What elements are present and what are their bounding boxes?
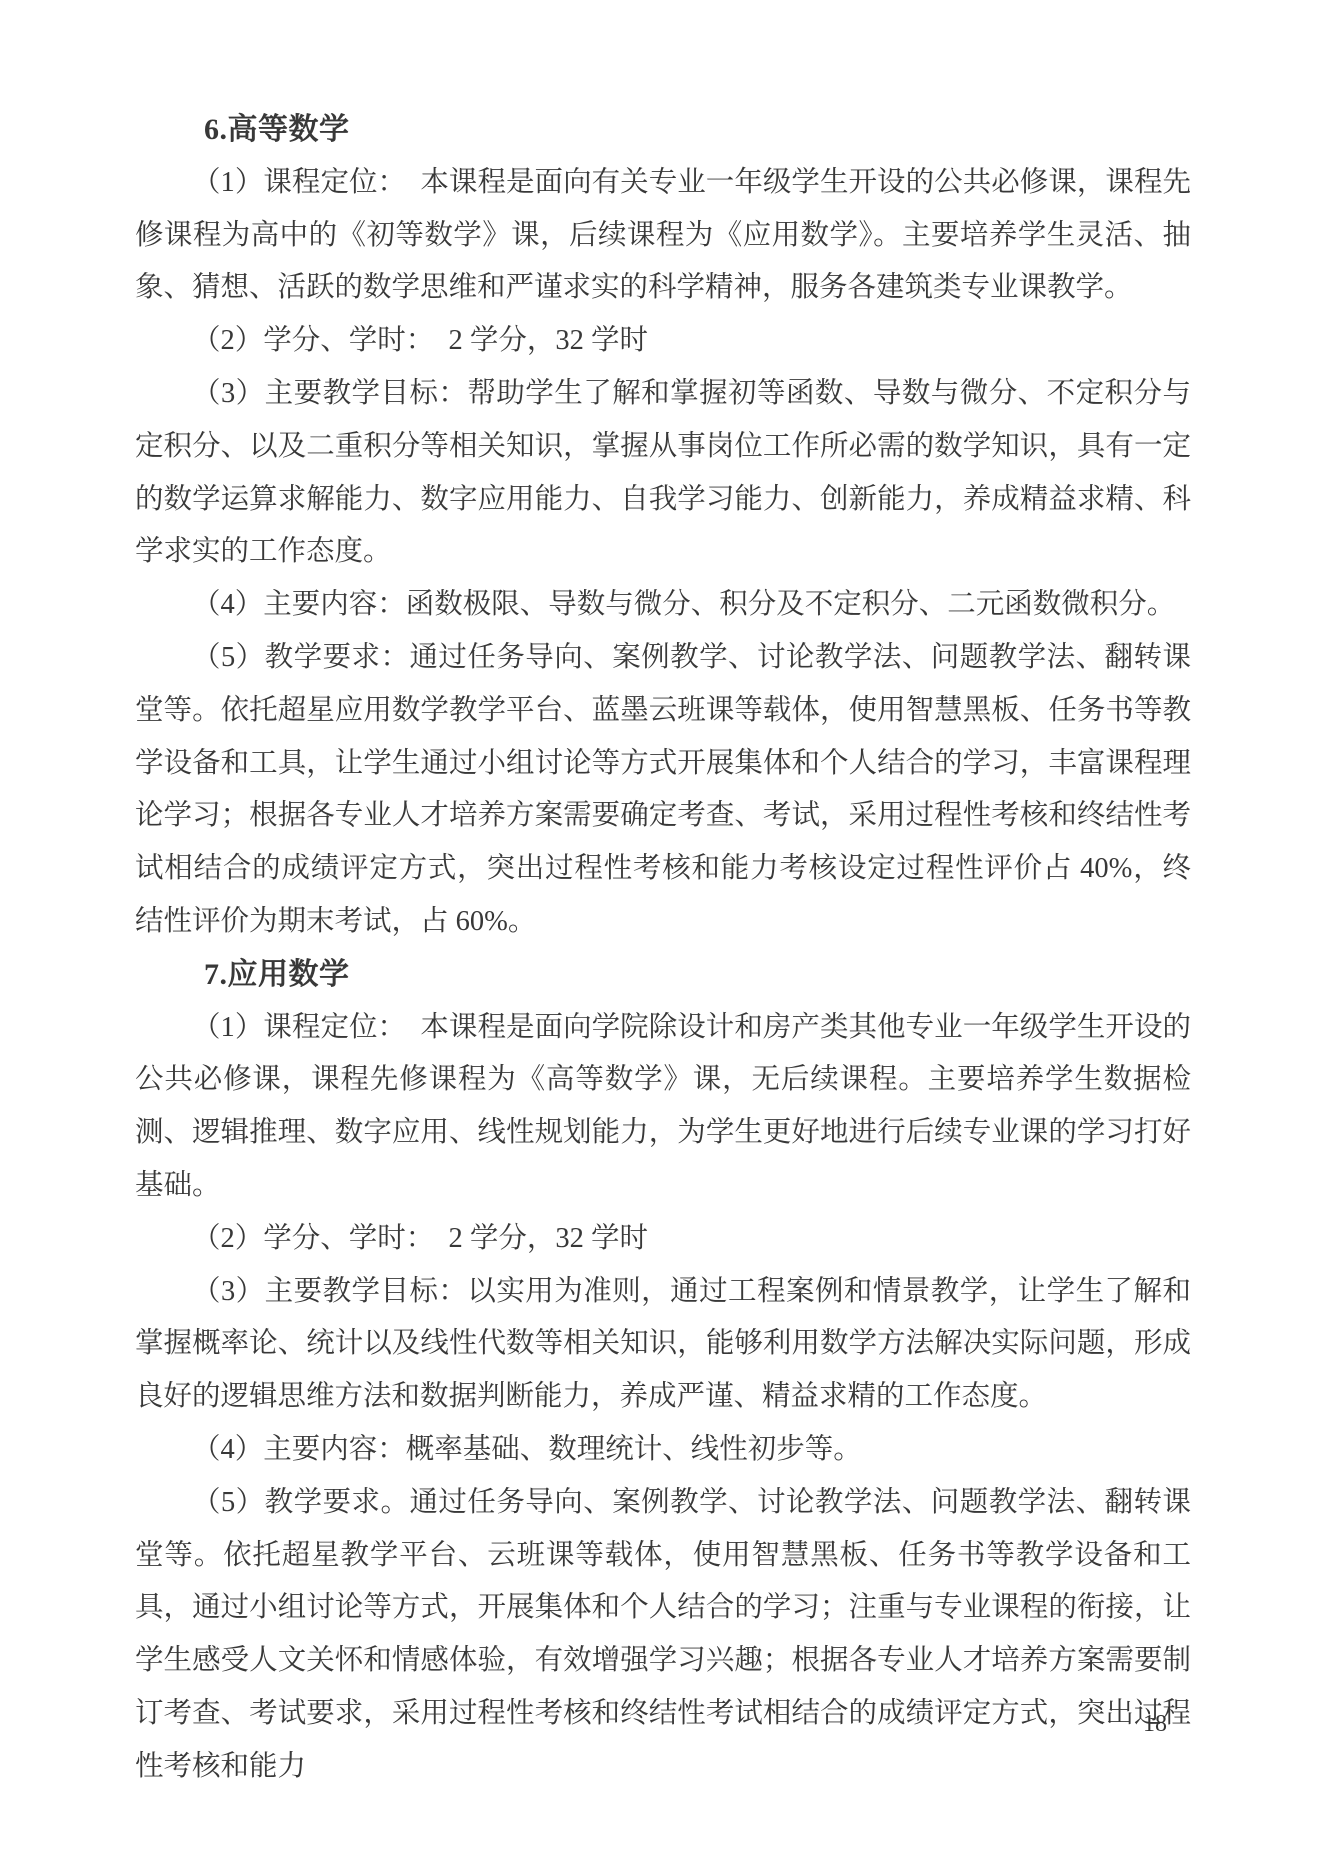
paragraph-main-content: （4）主要内容：函数极限、导数与微分、积分及不定积分、二元函数微积分。 (135, 579, 1191, 632)
paragraph-main-content-2: （4）主要内容：概率基础、数理统计、线性初步等。 (135, 1424, 1191, 1477)
section-heading-applied-math: 7.应用数学 (135, 949, 1191, 1002)
document-page: 6.高等数学 （1）课程定位： 本课程是面向有关专业一年级学生开设的公共必修课，… (0, 0, 1323, 1871)
paragraph-credits-hours: （2）学分、学时： 2 学分，32 学时 (135, 315, 1191, 368)
page-number: 18 (1143, 1706, 1167, 1742)
paragraph-teaching-objectives-2: （3）主要教学目标：以实用为准则，通过工程案例和情景教学，让学生了解和掌握概率论… (135, 1266, 1191, 1424)
section-heading-advanced-math: 6.高等数学 (135, 104, 1191, 157)
paragraph-credits-hours-2: （2）学分、学时： 2 学分，32 学时 (135, 1213, 1191, 1266)
paragraph-teaching-objectives: （3）主要教学目标：帮助学生了解和掌握初等函数、导数与微分、不定积分与定积分、以… (135, 368, 1191, 579)
paragraph-course-positioning-2: （1）课程定位： 本课程是面向学院除设计和房产类其他专业一年级学生开设的公共必修… (135, 1002, 1191, 1213)
paragraph-teaching-requirements: （5）教学要求：通过任务导向、案例教学、讨论教学法、问题教学法、翻转课堂等。依托… (135, 632, 1191, 949)
paragraph-course-positioning: （1）课程定位： 本课程是面向有关专业一年级学生开设的公共必修课，课程先修课程为… (135, 157, 1191, 315)
paragraph-teaching-requirements-2: （5）教学要求。通过任务导向、案例教学、讨论教学法、问题教学法、翻转课堂等。依托… (135, 1477, 1191, 1794)
